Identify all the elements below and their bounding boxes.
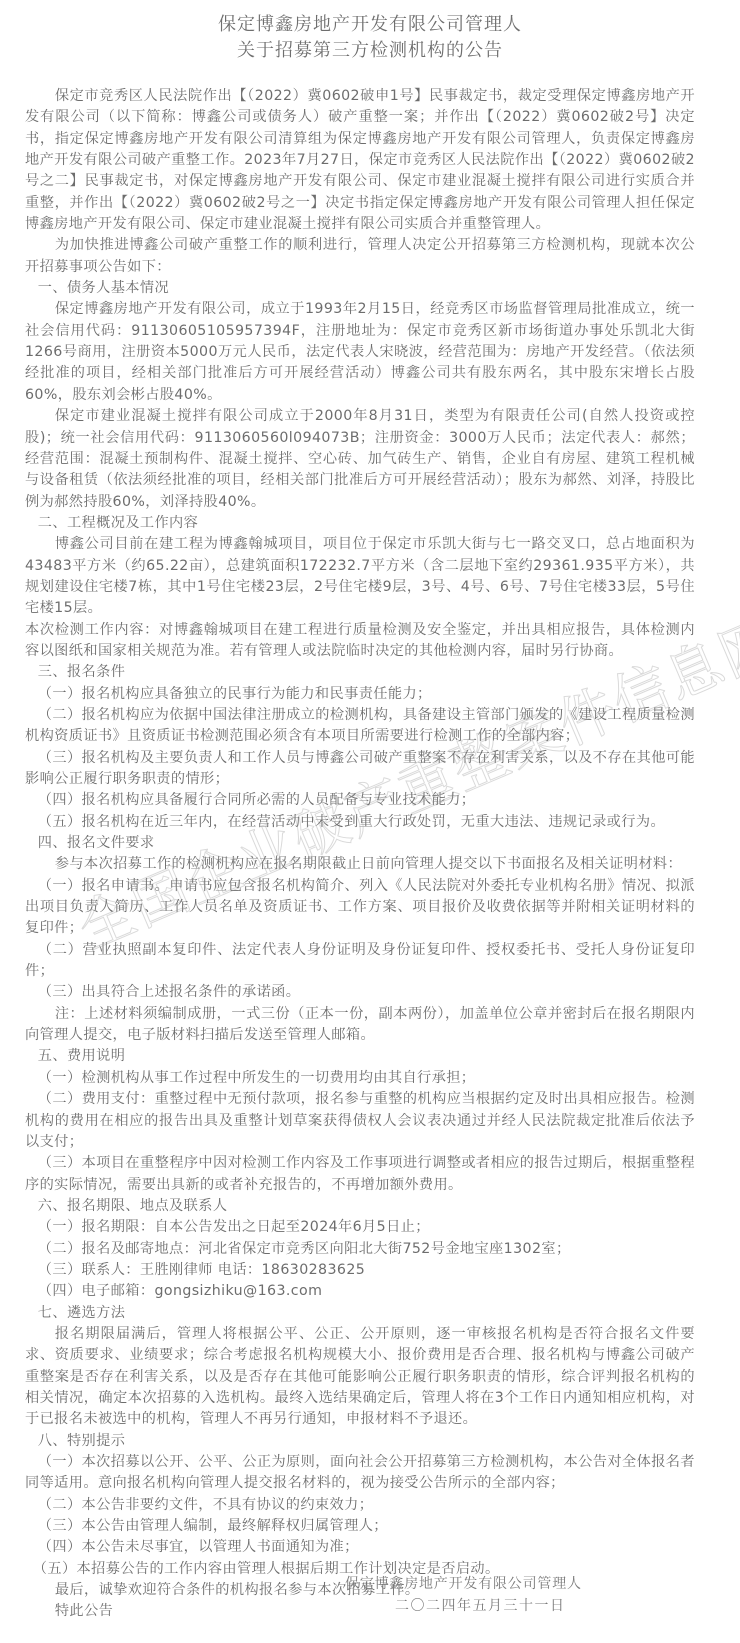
list-item-documents-2: （二）营业执照副本复印件、法定代表人身份证明及身份证复印件、授权委托书、受托人身… [25,940,695,983]
list-item-eligibility-3: （三）报名机构及主要负责人和工作人员与博鑫公司破产重整案不存在利害关系，以及不存… [25,748,695,791]
section-heading-fees: 五、费用说明 [25,1046,695,1067]
signature-organization: 保定博鑫房地产开发有限公司管理人 [345,1574,645,1595]
paragraph-inspection-scope: 本次检测工作内容：对博鑫翰城项目在建工程进行质量检测及安全鉴定，并出具相应报告，… [25,620,695,663]
list-item-fees-3: （三）本项目在重整程序中因对检测工作内容及工作事项进行调整或者相应的报告过期后，… [25,1153,695,1196]
section-heading-registration: 六、报名期限、地点及联系人 [25,1196,695,1217]
section-heading-documents: 四、报名文件要求 [25,833,695,854]
list-item-fees-1: （一）检测机构从事工作过程中所发生的一切费用均由其自行承担； [25,1068,695,1089]
list-item-notes-4: （四）本公告未尽事宜，以管理人书面通知为准； [25,1537,695,1558]
list-item-documents-3: （三）出具符合上述报名条件的承诺函。 [25,982,695,1003]
signature-date: 二〇二四年五月三十一日 [395,1596,695,1617]
section-heading-debtor-info: 一、债务人基本情况 [25,278,695,299]
list-item-eligibility-4: （四）报名机构应具备履行合同所必需的人员配备与专业技术能力； [25,790,695,811]
paragraph-documents-intro: 参与本次招募工作的检测机构应在报名期限截止日前向管理人提交以下书面报名及相关证明… [25,854,695,875]
list-item-documents-1: （一）报名申请书。申请书应包含报名机构简介、列入《人民法院对外委托专业机构名册》… [25,876,695,940]
document-title-line2: 关于招募第三方检测机构的公告 [0,38,740,64]
list-item-registration-address: （二）报名及邮寄地点：河北省保定市竞秀区向阳北大街752号金地宝座1302室； [25,1239,695,1260]
section-heading-eligibility: 三、报名条件 [25,662,695,683]
paragraph-debtor-bofxin: 保定博鑫房地产开发有限公司，成立于1993年2月15日，经竞秀区市场监督管理局批… [25,299,695,406]
list-item-notes-2: （二）本公告非要约文件，不具有协议的约束效力； [25,1495,695,1516]
document-title-line1: 保定博鑫房地产开发有限公司管理人 [0,12,740,38]
paragraph-intro-purpose: 为加快推进博鑫公司破产重整工作的顺利进行，管理人决定公开招募第三方检测机构，现就… [25,235,695,278]
section-heading-project-overview: 二、工程概况及工作内容 [25,513,695,534]
list-item-eligibility-5: （五）报名机构在近三年内，在经营活动中未受到重大行政处罚，无重大违法、违规记录或… [25,812,695,833]
list-item-registration-deadline: （一）报名期限：自本公告发出之日起至2024年6月5日止； [25,1217,695,1238]
document-body: 保定市竞秀区人民法院作出【（2022）冀0602破申1号】民事裁定书，裁定受理保… [25,86,695,1623]
paragraph-selection-method: 报名期限届满后，管理人将根据公平、公正、公开原则，逐一审核报名机构是否符合报名文… [25,1324,695,1431]
list-item-registration-contact: （三）联系人：王胜刚律师 电话：18630283625 [25,1260,695,1281]
paragraph-debtor-jianye: 保定市建业混凝土搅拌有限公司成立于2000年8月31日，类型为有限责任公司(自然… [25,406,695,513]
paragraph-documents-note: 注：上述材料须编制成册，一式三份（正本一份，副本两份），加盖单位公章并密封后在报… [25,1004,695,1047]
paragraph-intro-court-rulings: 保定市竞秀区人民法院作出【（2022）冀0602破申1号】民事裁定书，裁定受理保… [25,86,695,235]
list-item-notes-3: （三）本公告由管理人编制，最终解释权归属管理人； [25,1516,695,1537]
list-item-eligibility-2: （二）报名机构应为依据中国法律注册成立的检测机构，具备建设主管部门颁发的《建设工… [25,705,695,748]
list-item-notes-1: （一）本次招募以公开、公平、公正为原则，面向社会公开招募第三方检测机构，本公告对… [25,1452,695,1495]
list-item-eligibility-1: （一）报名机构应具备独立的民事行为能力和民事责任能力； [25,684,695,705]
list-item-fees-2: （二）费用支付：重整过程中无预付款项，报名参与重整的机构应当根据约定及时出具相应… [25,1089,695,1153]
paragraph-project-overview: 博鑫公司目前在建工程为博鑫翰城项目，项目位于保定市乐凯大街与七一路交叉口，总占地… [25,534,695,619]
section-heading-selection: 七、遴选方法 [25,1303,695,1324]
list-item-registration-email: （四）电子邮箱：gongsizhiku@163.com [25,1281,695,1302]
section-heading-special-notes: 八、特别提示 [25,1431,695,1452]
